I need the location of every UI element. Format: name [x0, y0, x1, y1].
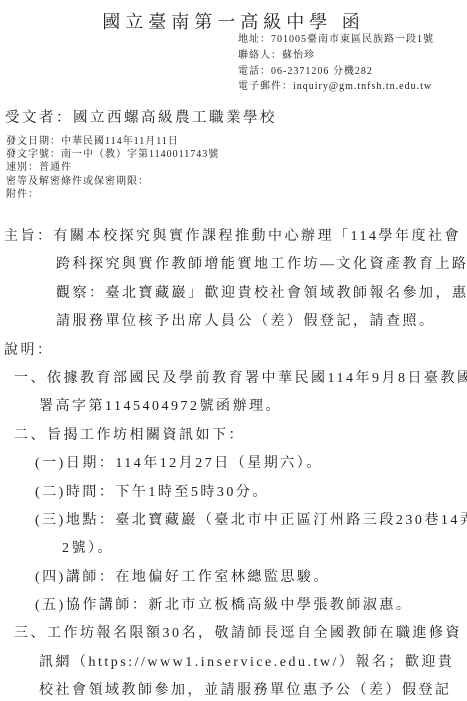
body-item-line: (一)日期：114年12月27日（星期六）。	[0, 450, 467, 478]
body-item-line: 主旨：有關本校探究與實作課程推動中心辦理「114學年度社會	[0, 223, 467, 251]
body-item-continuation: 請服務單位核予出席人員公（差）假登記，請查照。	[0, 308, 467, 336]
item-label: (三)	[35, 513, 66, 528]
contact-block: 地址：701005臺南市東區民族路一段1號聯絡人：蘇怡珍電話：06-237120…	[238, 32, 434, 95]
text-line: 聯絡人：蘇怡珍	[238, 48, 434, 64]
item-label: (二)	[35, 485, 66, 500]
text-line: 發文日期：中華民國114年11月11日	[6, 135, 219, 148]
item-label: (四)	[35, 570, 66, 585]
body-item-continuation: 訊網（https://www1.inservice.edu.tw/）報名；歡迎貴	[0, 649, 467, 677]
body-item-line: 二、旨揭工作坊相關資訊如下：	[0, 422, 467, 450]
text-line: 附件：	[6, 188, 219, 201]
item-label: 說明：	[4, 343, 54, 358]
document-body: 主旨：有關本校探究與實作課程推動中心辦理「114學年度社會跨科探究與實作教師增能…	[0, 223, 467, 701]
item-label: 主旨：	[4, 229, 54, 244]
body-item-continuation: 觀察：臺北寶藏巖」歡迎貴校社會領域教師報名參加，惠	[0, 280, 467, 308]
page-title: 國立臺南第一高級中學 函	[0, 8, 467, 34]
body-item-line: (三)地點：臺北寶藏巖（臺北市中正區汀州路三段230巷14弄	[0, 507, 467, 535]
meta-block: 發文日期：中華民國114年11月11日發文字號：南一中（教）字第11400117…	[6, 135, 219, 201]
body-item-continuation: 2號）。	[0, 535, 467, 563]
text-line: 電子郵件：inquiry@gm.tnfsh.tn.edu.tw	[238, 79, 434, 95]
text-line: 電話：06-2371206 分機282	[238, 64, 434, 80]
body-item-line: 一、依據教育部國民及學前教育署中華民國114年9月8日臺教國	[0, 365, 467, 393]
text-line: 發文字號：南一中（教）字第1140011743號	[6, 148, 219, 161]
body-item-line: 說明：	[0, 337, 467, 365]
item-label: 三、	[14, 626, 47, 641]
body-item-continuation: 署高字第1145404972號函辦理。	[0, 393, 467, 421]
item-label: 一、	[14, 371, 47, 386]
item-label: (一)	[35, 456, 66, 471]
body-item-line: 三、工作坊報名限額30名，敬請師長逕自全國教師在職進修資	[0, 620, 467, 648]
body-item-line: (五)協作講師：新北市立板橋高級中學張教師淑惠。	[0, 592, 467, 620]
item-label: (五)	[35, 598, 66, 613]
official-letter-page: 國立臺南第一高級中學 函 地址：701005臺南市東區民族路一段1號聯絡人：蘇怡…	[0, 0, 467, 701]
body-item-line: (四)講師：在地偏好工作室林總監思駿。	[0, 564, 467, 592]
item-label: 二、	[14, 428, 47, 443]
text-line: 密等及解密條件或保密期限：	[6, 175, 219, 188]
text-line: 速別：普通件	[6, 161, 219, 174]
body-item-continuation: 跨科探究與實作教師增能實地工作坊—文化資產教育上路	[0, 251, 467, 279]
body-item-continuation: 校社會領域教師參加，並請服務單位惠予公（差）假登記	[0, 677, 467, 701]
text-line: 地址：701005臺南市東區民族路一段1號	[238, 32, 434, 48]
recipient-line: 受文者：國立西螺高級農工職業學校	[5, 106, 277, 127]
body-item-line: (二)時間：下午1時至5時30分。	[0, 479, 467, 507]
